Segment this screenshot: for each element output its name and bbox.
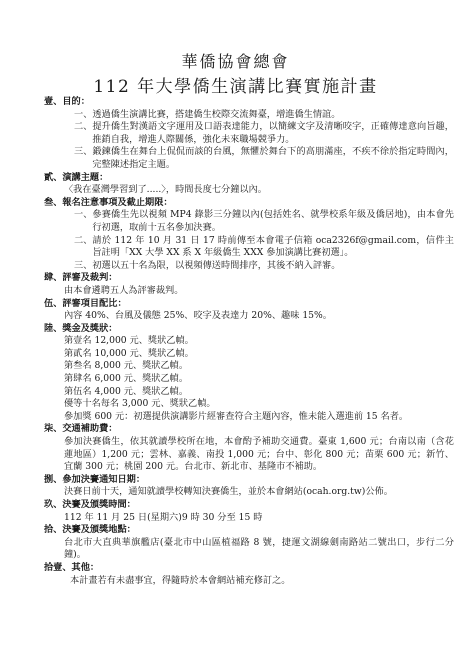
section-heading: 壹、目的：	[44, 96, 454, 109]
item-number: 一、	[74, 109, 92, 122]
item-text: 參賽僑生先以視頻 MP4 錄影三分鐘以內(包括姓名、就學校系年級及僑居地)，由本…	[92, 209, 454, 234]
list-item: 三、鍛鍊僑生在舞台上侃侃而談的台風，無懼於舞台下的高朋滿座，不疾不徐於指定時間內…	[44, 146, 454, 171]
prize-line: 優等十名每名 3,000 元、獎狀乙幀。	[44, 398, 454, 411]
section-heading: 柒、交通補助費：	[44, 423, 454, 436]
prize-line: 第肆名 6,000 元、獎狀乙幀。	[44, 373, 454, 386]
list-item: 二、提升僑生對漢語文字運用及口語表達能力，以簡練文字及清晰咬字，正確傳達意向旨趣…	[44, 121, 454, 146]
section-text: 〈我在臺灣學習到了.....〉，時間長度七分鐘以內。	[44, 184, 454, 197]
section-heading: 捌、參加決賽通知日期：	[44, 474, 454, 487]
section-text: 由本會遴聘五人為評審裁判。	[44, 285, 454, 298]
list-item: 三、初選以五十名為限，以視頻傳送時間排序，其後不納入評審。	[44, 260, 454, 273]
section-final-venue: 拾、決賽及頒獎地點： 台北市大直典華旗艦店(臺北市中山區植福路 8 號，捷運文湖…	[44, 524, 454, 562]
section-notification: 捌、參加決賽通知日期： 決賽日前十天，通知就讀學校轉知決賽僑生，並於本會網站(o…	[44, 474, 454, 499]
section-heading: 伍、評審項目配比：	[44, 298, 454, 311]
section-heading: 拾壹、其他：	[44, 562, 454, 575]
section-final-time: 玖、決賽及頒獎時間： 112 年 11 月 25 日(星期六)9 時 30 分至…	[44, 499, 454, 524]
section-text: 台北市大直典華旗艦店(臺北市中山區植福路 8 號，捷運文湖線劍南路站二號出口，步…	[44, 537, 454, 562]
item-number: 三、	[74, 146, 92, 171]
item-text: 初選以五十名為限，以視頻傳送時間排序，其後不納入評審。	[92, 260, 454, 273]
section-text: 112 年 11 月 25 日(星期六)9 時 30 分至 15 時	[44, 512, 454, 525]
prize-line: 第貳名 10,000 元、獎狀乙幀。	[44, 348, 454, 361]
section-text: 決賽日前十天，通知就讀學校轉知決賽僑生，並於本會網站(ocah.org.tw)公…	[44, 486, 454, 499]
list-item: 一、透過僑生演講比賽，搭建僑生校際交流舞臺，增進僑生情誼。	[44, 109, 454, 122]
document-body: 壹、目的： 一、透過僑生演講比賽，搭建僑生校際交流舞臺，增進僑生情誼。 二、提升…	[44, 96, 454, 587]
section-other: 拾壹、其他： 本計畫若有未盡事宜，得隨時於本會網站補充修訂之。	[44, 562, 454, 587]
item-text: 請於 112 年 10 月 31 日 17 時前傳至本會電子信箱 oca2326…	[92, 235, 454, 260]
item-number: 二、	[74, 121, 92, 146]
section-scoring: 伍、評審項目配比： 內容 40%、台風及儀態 25%、咬字及表達力 20%、趣味…	[44, 298, 454, 323]
item-number: 一、	[74, 209, 92, 234]
section-text: 本計畫若有未盡事宜，得隨時於本會網站補充修訂之。	[44, 575, 454, 588]
organization-name: 華僑協會總會	[0, 49, 471, 72]
section-judges: 肆、評審及裁判： 由本會遴聘五人為評審裁判。	[44, 272, 454, 297]
section-purpose: 壹、目的： 一、透過僑生演講比賽，搭建僑生校際交流舞臺，增進僑生情誼。 二、提升…	[44, 96, 454, 172]
section-heading: 貳、演講主題：	[44, 172, 454, 185]
section-heading: 拾、決賽及頒獎地點：	[44, 524, 454, 537]
section-heading: 玖、決賽及頒獎時間：	[44, 499, 454, 512]
item-text: 鍛鍊僑生在舞台上侃侃而談的台風，無懼於舞台下的高朋滿座，不疾不徐於指定時間內，完…	[92, 146, 454, 171]
section-text: 參加決賽僑生，依其就讀學校所在地，本會酌予補助交通費。臺東 1,600 元；台南…	[44, 436, 454, 474]
prize-line: 第壹名 12,000 元、獎狀乙幀。	[44, 335, 454, 348]
section-heading: 肆、評審及裁判：	[44, 272, 454, 285]
section-topic: 貳、演講主題： 〈我在臺灣學習到了.....〉，時間長度七分鐘以內。	[44, 172, 454, 197]
item-number: 二、	[74, 235, 92, 260]
section-heading: 叁、報名注意事項及截止期限：	[44, 197, 454, 210]
prize-line: 第伍名 4,000 元、獎狀乙幀。	[44, 386, 454, 399]
list-item: 一、參賽僑生先以視頻 MP4 錄影三分鐘以內(包括姓名、就學校系年級及僑居地)，…	[44, 209, 454, 234]
section-heading: 陸、獎金及獎狀：	[44, 323, 454, 336]
item-text: 提升僑生對漢語文字運用及口語表達能力，以簡練文字及清晰咬字，正確傳達意向旨趣，推…	[92, 121, 454, 146]
section-transport-subsidy: 柒、交通補助費： 參加決賽僑生，依其就讀學校所在地，本會酌予補助交通費。臺東 1…	[44, 423, 454, 473]
prize-line: 第叁名 8,000 元、獎狀乙幀。	[44, 360, 454, 373]
list-item: 二、請於 112 年 10 月 31 日 17 時前傳至本會電子信箱 oca23…	[44, 235, 454, 260]
item-number: 三、	[74, 260, 92, 273]
document-page: 華僑協會總會 112 年大學僑生演講比賽實施計畫 壹、目的： 一、透過僑生演講比…	[0, 0, 471, 666]
item-text: 透過僑生演講比賽，搭建僑生校際交流舞臺，增進僑生情誼。	[92, 109, 454, 122]
section-registration: 叁、報名注意事項及截止期限： 一、參賽僑生先以視頻 MP4 錄影三分鐘以內(包括…	[44, 197, 454, 273]
section-text: 內容 40%、台風及儀態 25%、咬字及表達力 20%、趣味 15%。	[44, 310, 454, 323]
prize-line: 參加獎 600 元：初選提供演講影片經審查符合主題內容，惟未能入選進前 15 名…	[44, 411, 454, 424]
section-prizes: 陸、獎金及獎狀： 第壹名 12,000 元、獎狀乙幀。 第貳名 10,000 元…	[44, 323, 454, 424]
document-title: 112 年大學僑生演講比賽實施計畫	[0, 72, 471, 97]
